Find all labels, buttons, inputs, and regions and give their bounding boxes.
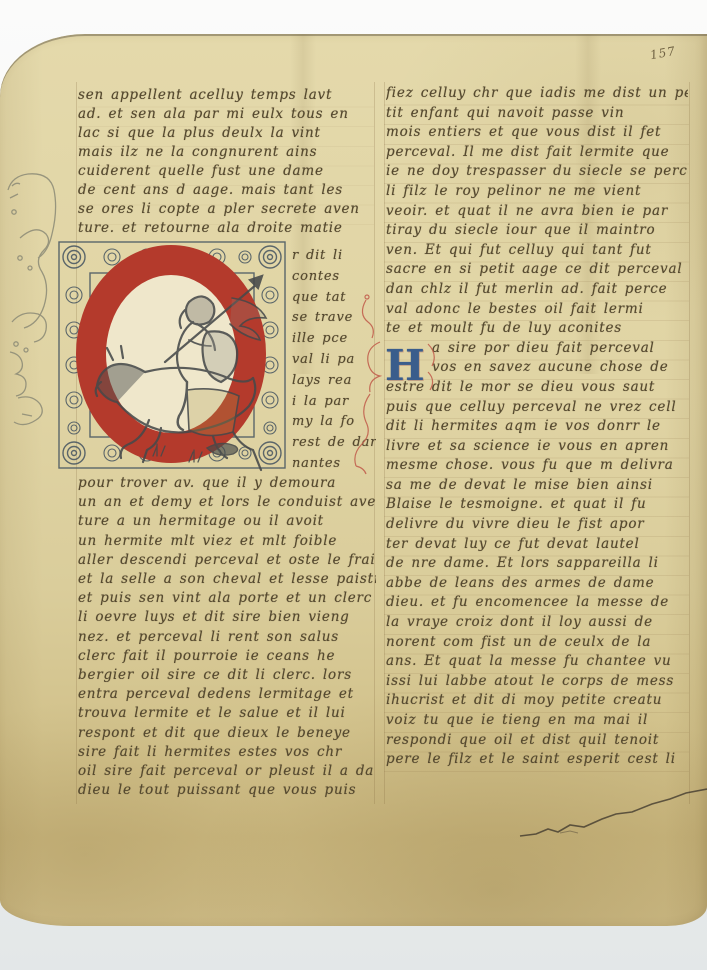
right-column-paragraph-1: fiez celluy chr que iadis me dist un pet… [386, 84, 688, 339]
manuscript-text-line: perceval. Il me dist fait lermite que [386, 143, 688, 163]
right-column-text: fiez celluy chr que iadis me dist un pet… [386, 84, 688, 770]
manuscript-text-line: tiray du siecle iour que il maintro [386, 221, 688, 241]
manuscript-text-line: lac si que la plus deulx la vint [78, 124, 374, 143]
manuscript-text-line: lays rea [292, 371, 376, 392]
manuscript-text-line: cuiderent quelle fust une dame [78, 162, 374, 181]
manuscript-text-line: rest de dar [292, 433, 376, 454]
manuscript-text-line: ad. et sen ala par mi eulx tous en [78, 105, 374, 124]
manuscript-text-line: te et moult fu de luy aconites [386, 319, 688, 339]
manuscript-text-line: respont et dit que dieux le beneye [78, 724, 376, 743]
manuscript-text-line: val adonc le bestes oil fait lermi [386, 300, 688, 320]
manuscript-text-line: la vraye croiz dont il loy aussi de [386, 613, 688, 633]
ruling-line [384, 82, 385, 804]
manuscript-text-line: ture a un hermitage ou il avoit [78, 512, 376, 531]
manuscript-text-line: bergier oil sire ce dit li clerc. lors [78, 666, 376, 685]
manuscript-text-line: que tat [292, 288, 376, 309]
manuscript-text-line: val li pa [292, 350, 376, 371]
rubric-initial-letter: H [385, 344, 427, 390]
manuscript-text-line: respondi que oil et dist quil tenoit [386, 731, 688, 751]
manuscript-photo: { "folio": { "number": "157" }, "miniatu… [0, 0, 707, 970]
right-column-paragraph-2: estre dit le mor se dieu vous sautpuis q… [386, 378, 688, 770]
manuscript-text-line: delivre du vivre dieu le fist apor [386, 515, 688, 535]
manuscript-text-line: dan chlz il fut merlin ad. fait perce [386, 280, 688, 300]
manuscript-text-line: clerc fait il pourroie ie ceans he [78, 647, 376, 666]
right-column-text-beside-initial: a sire por dieu fait percevalvos en save… [432, 339, 688, 378]
manuscript-text-line: mesme chose. vous fu que m delivra [386, 456, 688, 476]
manuscript-text-line: abbe de leans des armes de dame [386, 574, 688, 594]
manuscript-text-line: mois entiers et que vous dist il fet [386, 123, 688, 143]
manuscript-text-line: contes [292, 267, 376, 288]
manuscript-text-line: voiz tu que ie tieng en ma mai il [386, 711, 688, 731]
manuscript-text-line: dit li hermites aqm ie vos donrr le [386, 417, 688, 437]
manuscript-text-line: et puis sen vint ala porte et un clerc [78, 589, 376, 608]
manuscript-text-line: ille pce [292, 329, 376, 350]
manuscript-text-line: dieu. et fu encomencee la messe de [386, 593, 688, 613]
manuscript-text-line: li oevre luys et dit sire bien vieng [78, 608, 376, 627]
manuscript-text-line: un an et demy et lors le conduist ave [78, 493, 376, 512]
manuscript-text-line: tit enfant qui navoit passe vin [386, 104, 688, 124]
manuscript-text-line: sire fait li hermites estes vos chr [78, 743, 376, 762]
manuscript-text-line: r dit li [292, 246, 376, 267]
manuscript-text-line: livre et sa science ie vous en apren [386, 437, 688, 457]
manuscript-text-line: my la fo [292, 412, 376, 433]
manuscript-text-line: ie ne doy trespasser du siecle se percev… [386, 162, 688, 182]
historiated-initial-panel [57, 240, 287, 470]
knight-on-horseback-miniature [57, 240, 287, 485]
manuscript-text-line: sacre en si petit aage ce dit perceval [386, 260, 688, 280]
manuscript-text-line: pere le filz et le saint esperit cest li [386, 750, 688, 770]
manuscript-text-line: nantes [292, 454, 376, 475]
manuscript-text-line: estre dit le mor se dieu vous saut [386, 378, 688, 398]
ruling-line [689, 82, 690, 804]
manuscript-text-line: vos en savez aucune chose de [432, 358, 688, 378]
manuscript-text-line: li filz le roy pelinor ne me vient [386, 182, 688, 202]
manuscript-text-line: de nre dame. Et lors sappareilla li [386, 554, 688, 574]
manuscript-text-line: oil sire fait perceval or pleust il a da [78, 762, 376, 781]
manuscript-text-line: norent com fist un de ceulx de la [386, 633, 688, 653]
left-column-text-beside-initial: r dit licontesque tatse traveille pceval… [292, 246, 376, 475]
manuscript-text-line: sa me de devat le mise bien ainsi [386, 476, 688, 496]
manuscript-text-line: a sire por dieu fait perceval [432, 339, 688, 359]
manuscript-text-line: Blaise le tesmoigne. et quat il fu [386, 495, 688, 515]
manuscript-text-line: ihucrist et dit di moy petite creatu [386, 691, 688, 711]
manuscript-text-line: ans. Et quat la messe fu chantee vu [386, 652, 688, 672]
manuscript-text-line: de cent ans d aage. mais tant les [78, 181, 374, 200]
manuscript-text-line: un hermite mlt viez et mlt foible [78, 532, 376, 551]
manuscript-text-line: fiez celluy chr que iadis me dist un pe [386, 84, 688, 104]
manuscript-text-line: sen appellent acelluy temps lavt [78, 86, 374, 105]
manuscript-text-line: ter devat luy ce fut devat lautel [386, 535, 688, 555]
manuscript-text-line: se ores li copte a pler secrete aven [78, 200, 374, 219]
manuscript-text-line: trouva lermite et le salue et il lui [78, 704, 376, 723]
left-column-lower-text: pour trover av. que il y demouraun an et… [78, 474, 376, 800]
manuscript-text-line: dieu le tout puissant que vous puis [78, 781, 376, 800]
manuscript-text-line: i la par [292, 392, 376, 413]
manuscript-text-line: aller descendi perceval et oste le frain [78, 551, 376, 570]
left-column-opening-text: sen appellent acelluy temps lavtad. et s… [78, 86, 374, 238]
manuscript-text-line: et la selle a son cheval et lesse paistr… [78, 570, 376, 589]
manuscript-text-line: se trave [292, 308, 376, 329]
manuscript-text-line: ven. Et qui fut celluy qui tant fut [386, 241, 688, 261]
manuscript-text-line: issi lui labbe atout le corps de mess [386, 672, 688, 692]
manuscript-text-line: ture. et retourne ala droite matie [78, 219, 374, 238]
manuscript-text-line: nez. et perceval li rent son salus [78, 628, 376, 647]
manuscript-text-line: veoir. et quat il ne avra bien ie par [386, 202, 688, 222]
manuscript-text-line: mais ilz ne la congnurent ains [78, 143, 374, 162]
manuscript-text-line: entra perceval dedens lermitage et [78, 685, 376, 704]
manuscript-text-line: puis que celluy perceval ne vrez cell [386, 398, 688, 418]
